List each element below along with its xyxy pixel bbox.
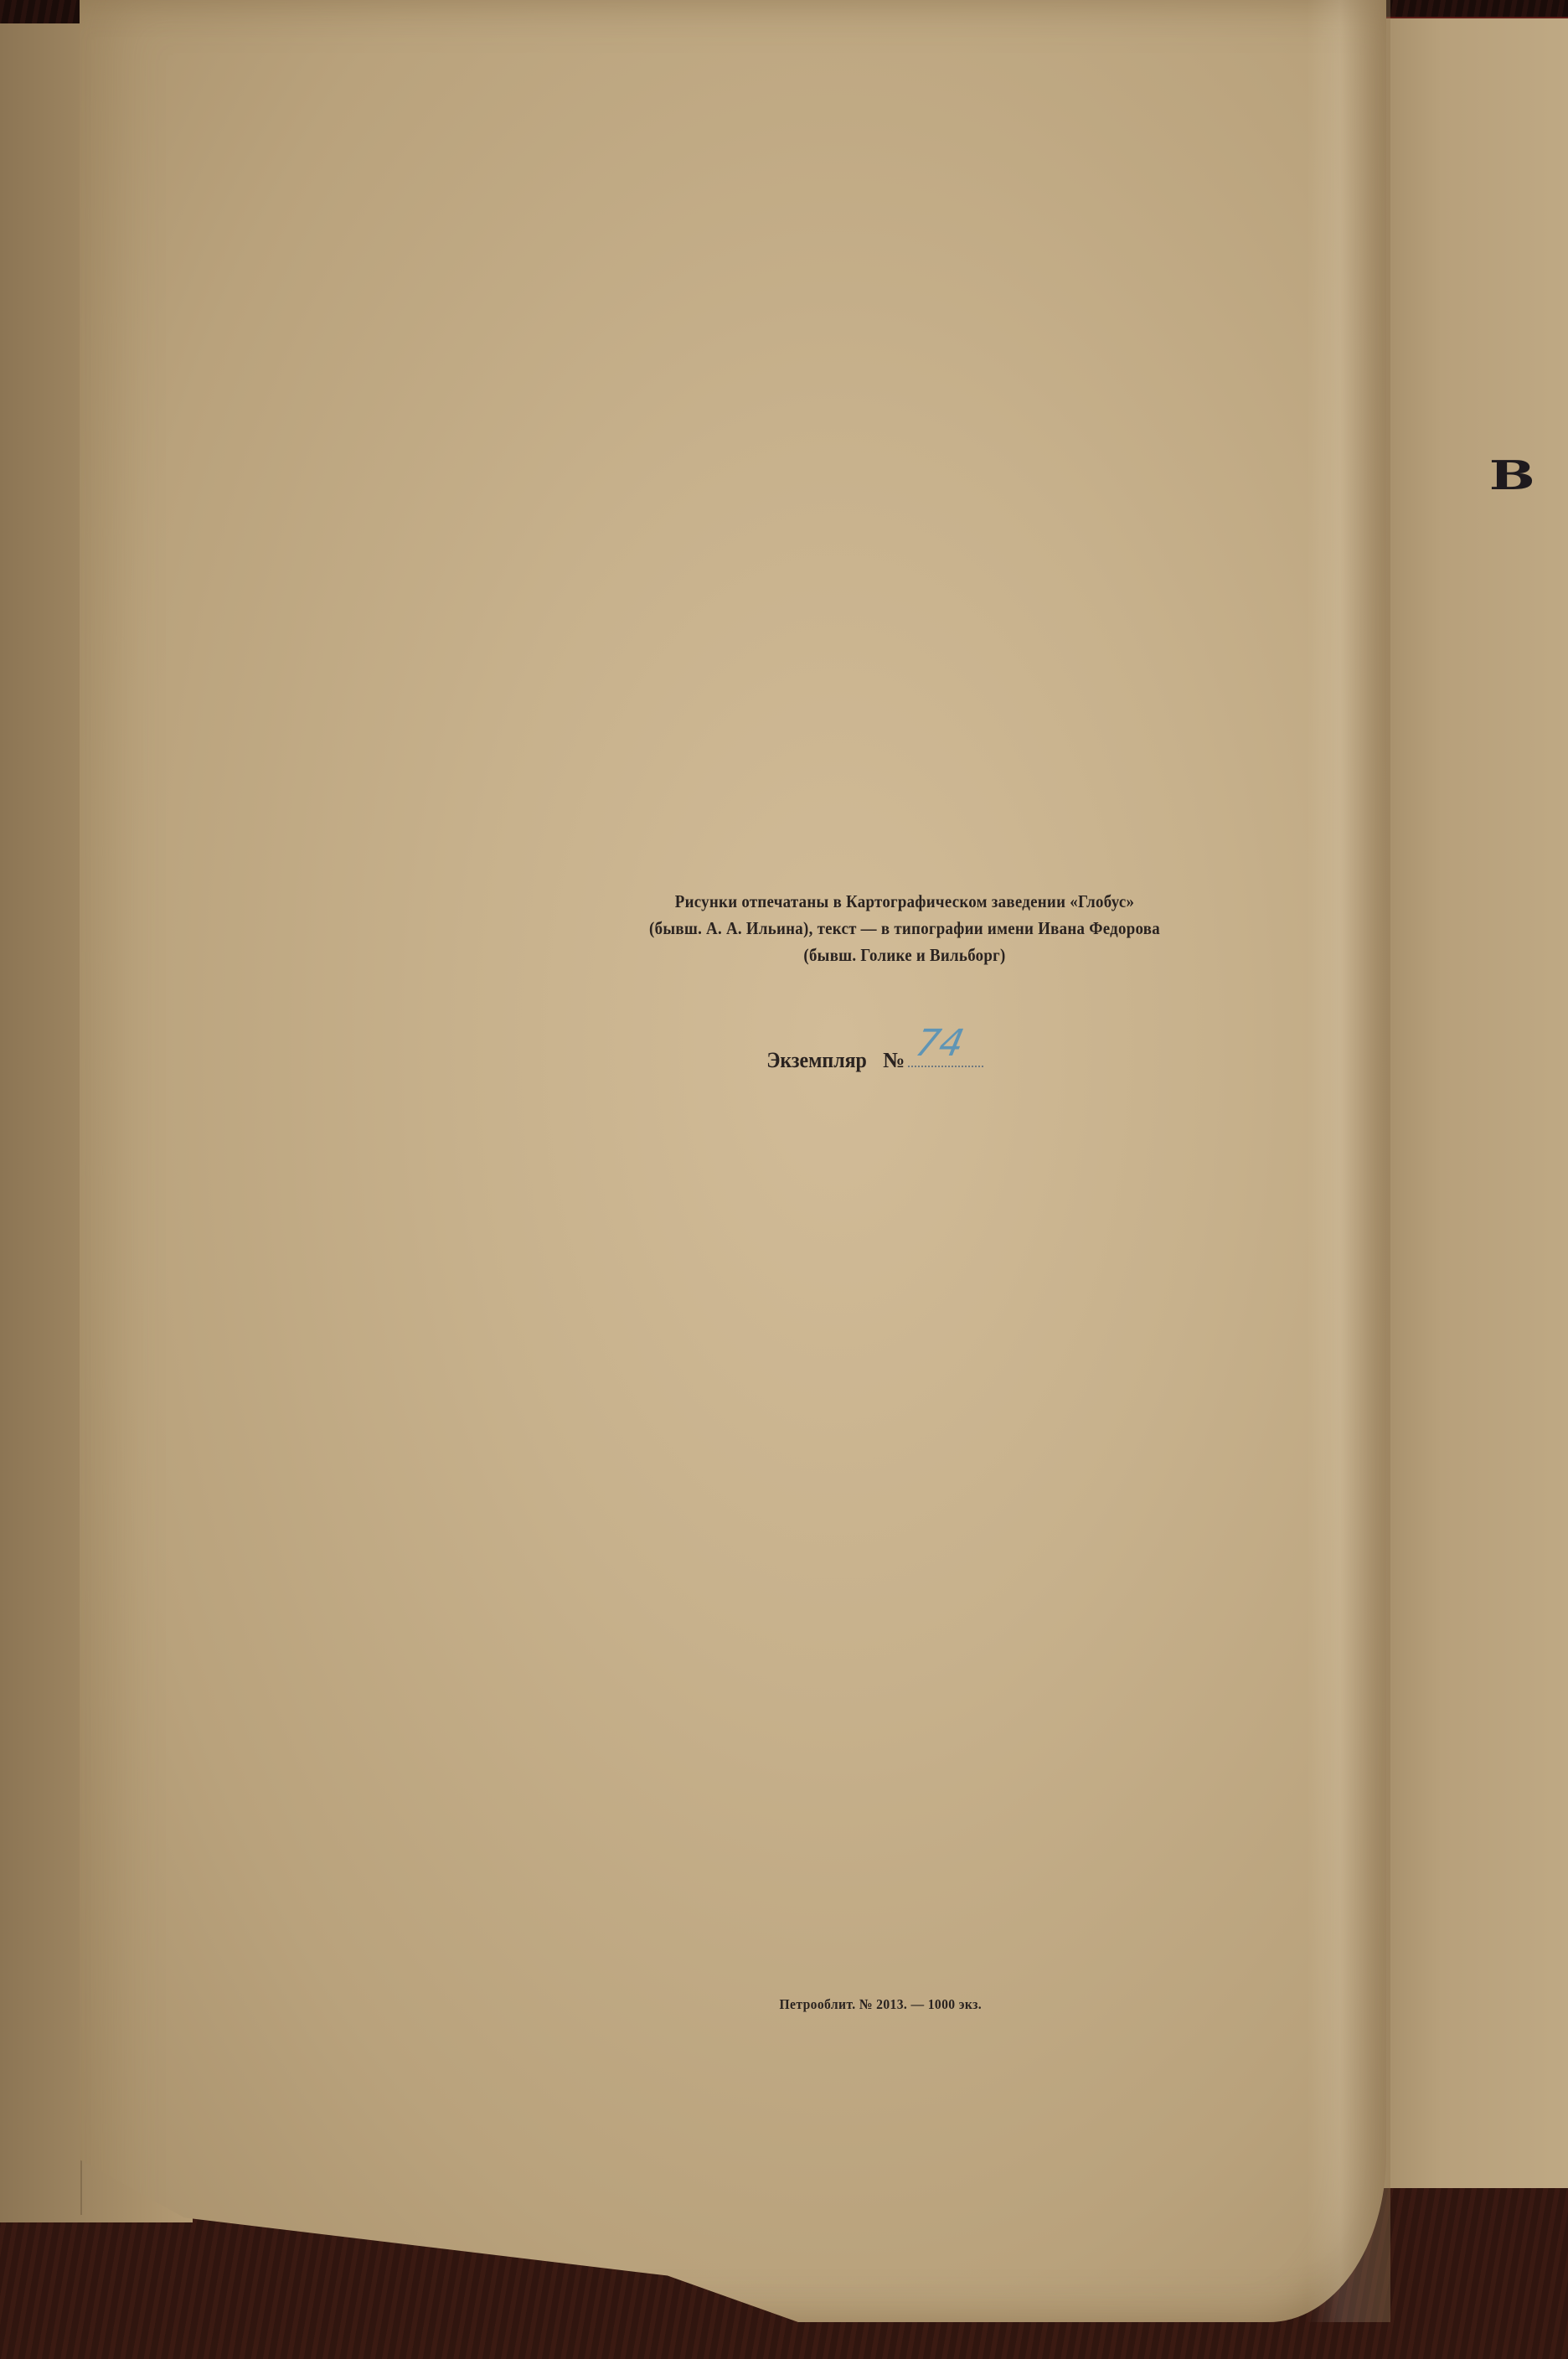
colophon-page: [80, 0, 1386, 2322]
credits-line-2: (бывш. А. А. Ильина), текст — в типограф…: [603, 915, 1206, 942]
printer-credits: Рисунки отпечатаны в Картографическом за…: [570, 888, 1240, 968]
right-facing-page: [1357, 17, 1568, 2188]
facing-page-title-letter: В: [1489, 452, 1535, 499]
credits-line-3: (бывш. Голике и Вильборг): [603, 942, 1206, 968]
copy-number-row: Экземпляр № 74: [762, 1040, 983, 1073]
copy-label: Экземпляр: [766, 1048, 867, 1073]
number-sign: №: [883, 1048, 905, 1073]
credits-line-1: Рисунки отпечатаны в Картографическом за…: [603, 888, 1206, 915]
handwritten-copy-number: 74: [912, 1022, 968, 1065]
copy-number-field: 74: [908, 1040, 983, 1067]
print-run-imprint: Петрооблит. № 2013. — 1000 экз.: [780, 1996, 983, 2013]
